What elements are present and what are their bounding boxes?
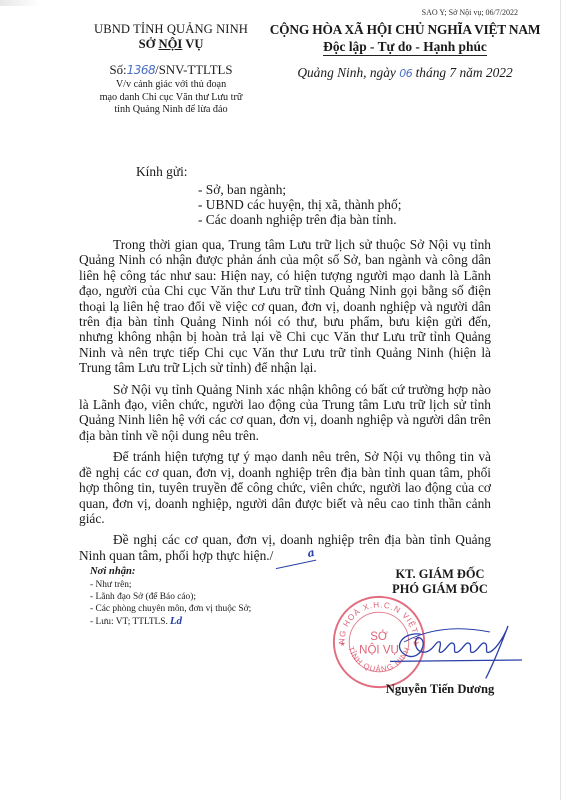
handwritten-signature-icon <box>390 612 530 682</box>
distribution-item: - Lãnh đạo Sở (để Báo cáo); <box>90 591 251 603</box>
recipient-item: - Sở, ban ngành; <box>198 182 401 197</box>
recipient-item: - Các doanh nghiệp trên địa bàn tỉnh. <box>198 212 401 227</box>
document-number: Số:1368/SNV-TTLTLS <box>86 63 256 78</box>
signatory-role: KT. GIÁM ĐỐC <box>360 567 520 582</box>
subject-line: tỉnh Quảng Ninh để lừa đảo <box>86 104 256 117</box>
copy-note: SAO Y; Sở Nội vụ; 06/7/2022 <box>422 8 518 17</box>
distribution-item: - Như trên; <box>90 579 251 591</box>
body-text: Trong thời gian qua, Trung tâm Lưu trữ l… <box>79 237 491 571</box>
recipient-item: - UBND các huyện, thị xã, thành phố; <box>198 197 401 212</box>
issuer-name-part: VỤ <box>182 37 203 51</box>
handwritten-initials: Ld <box>170 615 182 627</box>
national-title: CỘNG HÒA XÃ HỘI CHỦ NGHĨA VIỆT NAM <box>258 22 552 38</box>
distribution-title: Nơi nhận: <box>90 566 251 578</box>
issuer-name: SỞ NỘI VỤ <box>86 37 256 52</box>
scan-artifact <box>0 0 40 6</box>
signatory-name: Nguyễn Tiến Dương <box>352 682 528 697</box>
issuer-parent: UBND TỈNH QUẢNG NINH <box>86 22 256 37</box>
body-paragraph-closing: Đề nghị các cơ quan, đơn vị, doanh nghiệ… <box>79 532 491 565</box>
distribution-item: - Lưu: VT; TTLTLS. <box>90 617 168 627</box>
recipients-list: - Sở, ban ngành; - UBND các huyện, thị x… <box>198 182 401 228</box>
subject: V/v cảnh giác với thủ đoạn mạo danh Chi … <box>86 79 256 117</box>
distribution-item: - Các phòng chuyên môn, đơn vị thuộc Sở; <box>90 603 251 615</box>
doc-no-label: Số: <box>110 63 127 77</box>
date-line: Quảng Ninh, ngày 06 tháng 7 năm 2022 <box>258 65 552 81</box>
body-paragraph: Để tránh hiện tượng tự ý mạo danh nêu tr… <box>79 449 491 526</box>
initial-mark-icon: a <box>273 545 317 570</box>
issuer-name-part: SỞ <box>139 37 159 51</box>
doc-no-suffix: /SNV-TTLTLS <box>155 63 232 77</box>
date-day-handwritten: 06 <box>399 67 412 80</box>
issuer-name-underlined: NỘI <box>159 37 183 51</box>
national-motto: Độc lập - Tự do - Hạnh phúc <box>323 39 487 56</box>
issuer-header: UBND TỈNH QUẢNG NINH SỞ NỘI VỤ Số:1368/S… <box>86 22 256 117</box>
distribution-list: Nơi nhận: - Như trên; - Lãnh đạo Sở (để … <box>90 566 251 628</box>
svg-text:★: ★ <box>340 640 346 648</box>
svg-text:SỞ: SỞ <box>370 630 388 643</box>
subject-line: mạo danh Chi cục Văn thư Lưu trữ <box>86 92 256 105</box>
national-header: CỘNG HÒA XÃ HỘI CHỦ NGHĨA VIỆT NAM Độc l… <box>258 22 552 81</box>
distribution-item-last: - Lưu: VT; TTLTLS.Ld <box>90 615 251 628</box>
body-paragraph: Trong thời gian qua, Trung tâm Lưu trữ l… <box>79 237 491 376</box>
salutation: Kính gửi: <box>136 164 188 180</box>
doc-no-handwritten: 1368 <box>127 63 156 77</box>
signatory-title: KT. GIÁM ĐỐC PHÓ GIÁM ĐỐC <box>360 567 520 597</box>
page-edge <box>560 0 561 800</box>
date-suffix: tháng 7 năm 2022 <box>412 65 512 80</box>
date-prefix: Quảng Ninh, ngày <box>297 65 399 80</box>
body-paragraph: Sở Nội vụ tỉnh Quảng Ninh xác nhận không… <box>79 382 491 444</box>
subject-line: V/v cảnh giác với thủ đoạn <box>86 79 256 92</box>
